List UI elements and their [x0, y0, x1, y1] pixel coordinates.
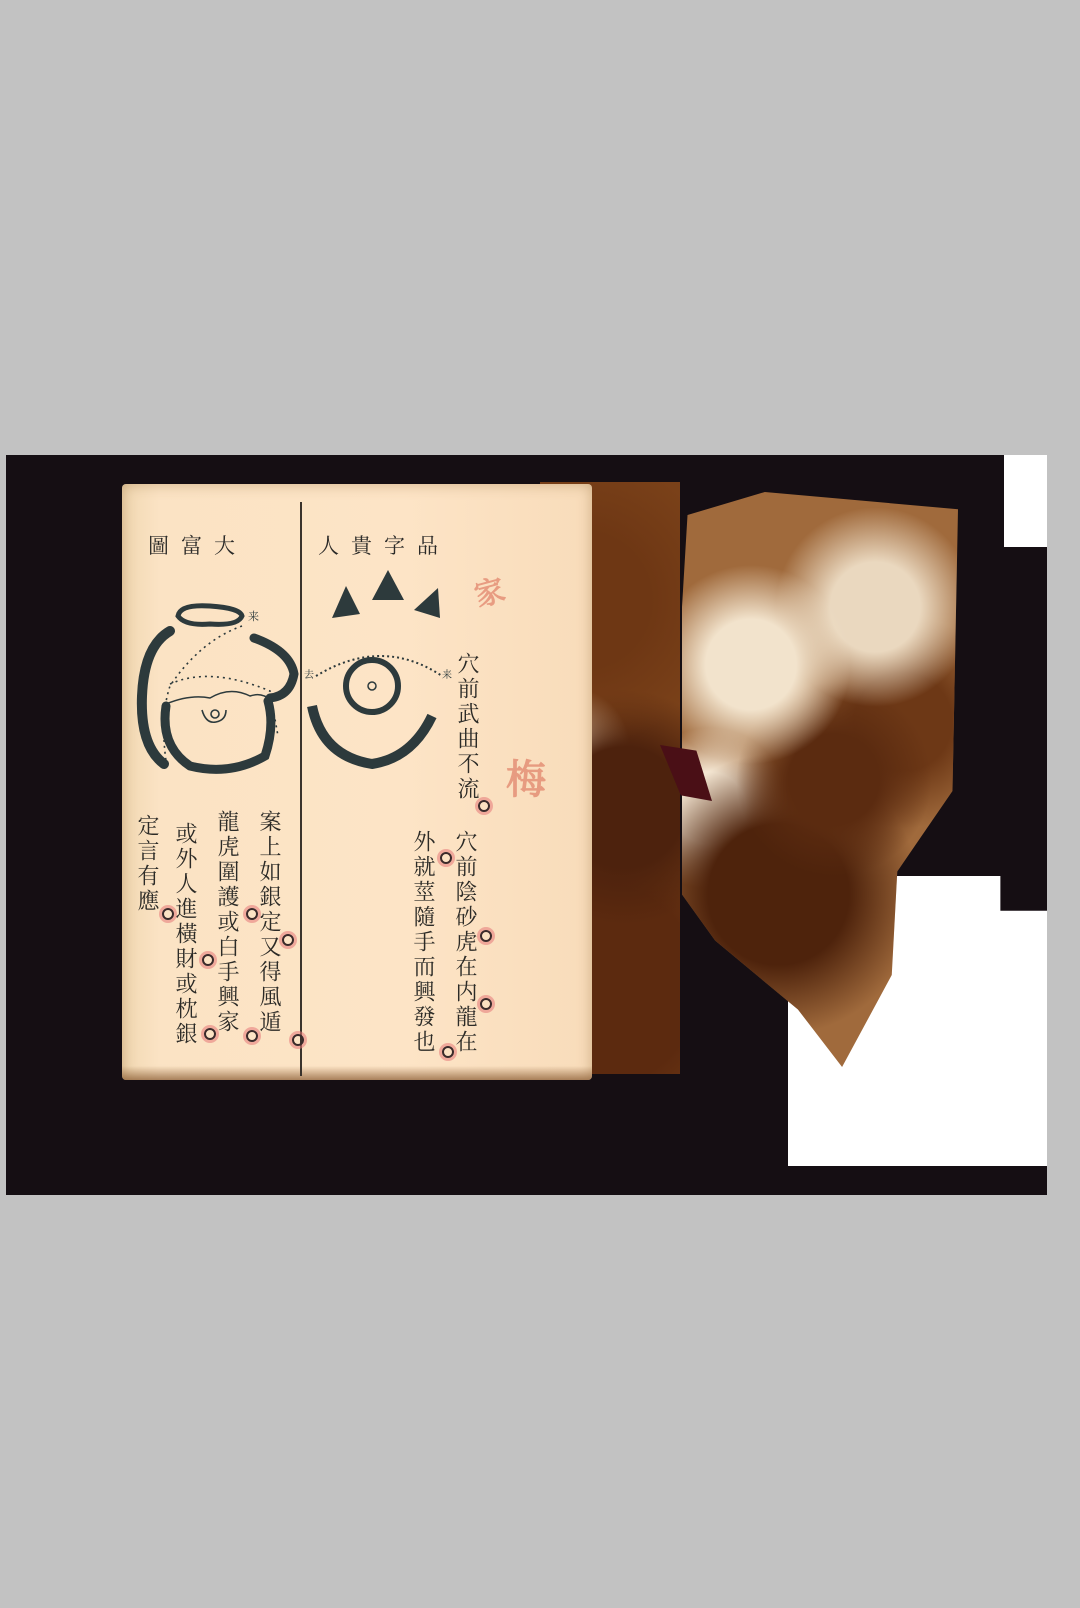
punctuation-mark — [292, 1034, 304, 1046]
diagram-label-lai: 来 — [442, 668, 452, 681]
punctuation-mark — [478, 800, 490, 812]
punctuation-mark — [442, 1046, 454, 1058]
punctuation-mark — [204, 1028, 216, 1040]
left-text-column-4: 定言有應 — [134, 814, 158, 914]
punctuation-mark — [480, 998, 492, 1010]
right-lower-text-column-2: 外就莖隨手而興發也 — [410, 830, 434, 1055]
page-bottom-stain — [122, 1066, 592, 1080]
left-section-title: 大富圖 — [148, 530, 247, 560]
punctuation-mark — [202, 954, 214, 966]
red-seal-middle: 梅 — [506, 748, 546, 805]
da-fu-diagram: 来 — [130, 596, 300, 776]
punctuation-mark — [246, 1030, 258, 1042]
left-text-column-3: 或外人進橫財或枕銀 — [172, 822, 196, 1047]
right-lower-text-column-1: 穴前陰砂虎在内龍在 — [452, 830, 476, 1055]
manuscript-page: 大富圖 品字貴人 来 去 来 穴前武曲不流 穴 — [122, 484, 592, 1080]
punctuation-mark — [246, 908, 258, 920]
left-text-column-1: 案上如銀定又得風遁 — [256, 810, 280, 1035]
diagram-label-qu: 去 — [304, 668, 314, 681]
red-seal-upper: 家 — [469, 565, 509, 615]
diagram-label-lai: 来 — [248, 609, 259, 623]
white-mask-top — [1004, 455, 1047, 547]
punctuation-mark — [282, 934, 294, 946]
right-upper-text-column: 穴前武曲不流 — [454, 652, 478, 802]
punctuation-mark — [440, 852, 452, 864]
punctuation-mark — [480, 930, 492, 942]
pin-zi-gui-ren-diagram: 去 来 — [302, 566, 472, 776]
punctuation-mark — [162, 908, 174, 920]
left-text-column-2: 龍虎圍護或白手興家 — [214, 810, 238, 1035]
right-section-title: 品字貴人 — [318, 530, 450, 560]
